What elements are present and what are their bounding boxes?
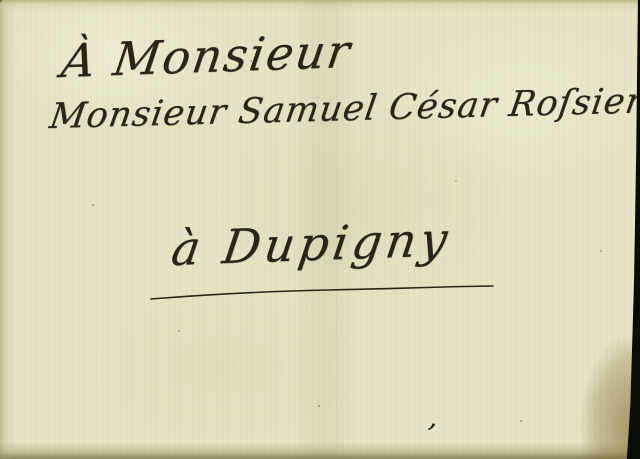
underline-stroke xyxy=(145,276,500,306)
letter-photo: À Monsieur Monsieur Samuel César Roſsier… xyxy=(0,0,640,459)
address-line-1: À Monsieur xyxy=(58,24,355,88)
paper-specks xyxy=(0,0,2,2)
address-line-3: à Dupigny xyxy=(168,212,455,277)
